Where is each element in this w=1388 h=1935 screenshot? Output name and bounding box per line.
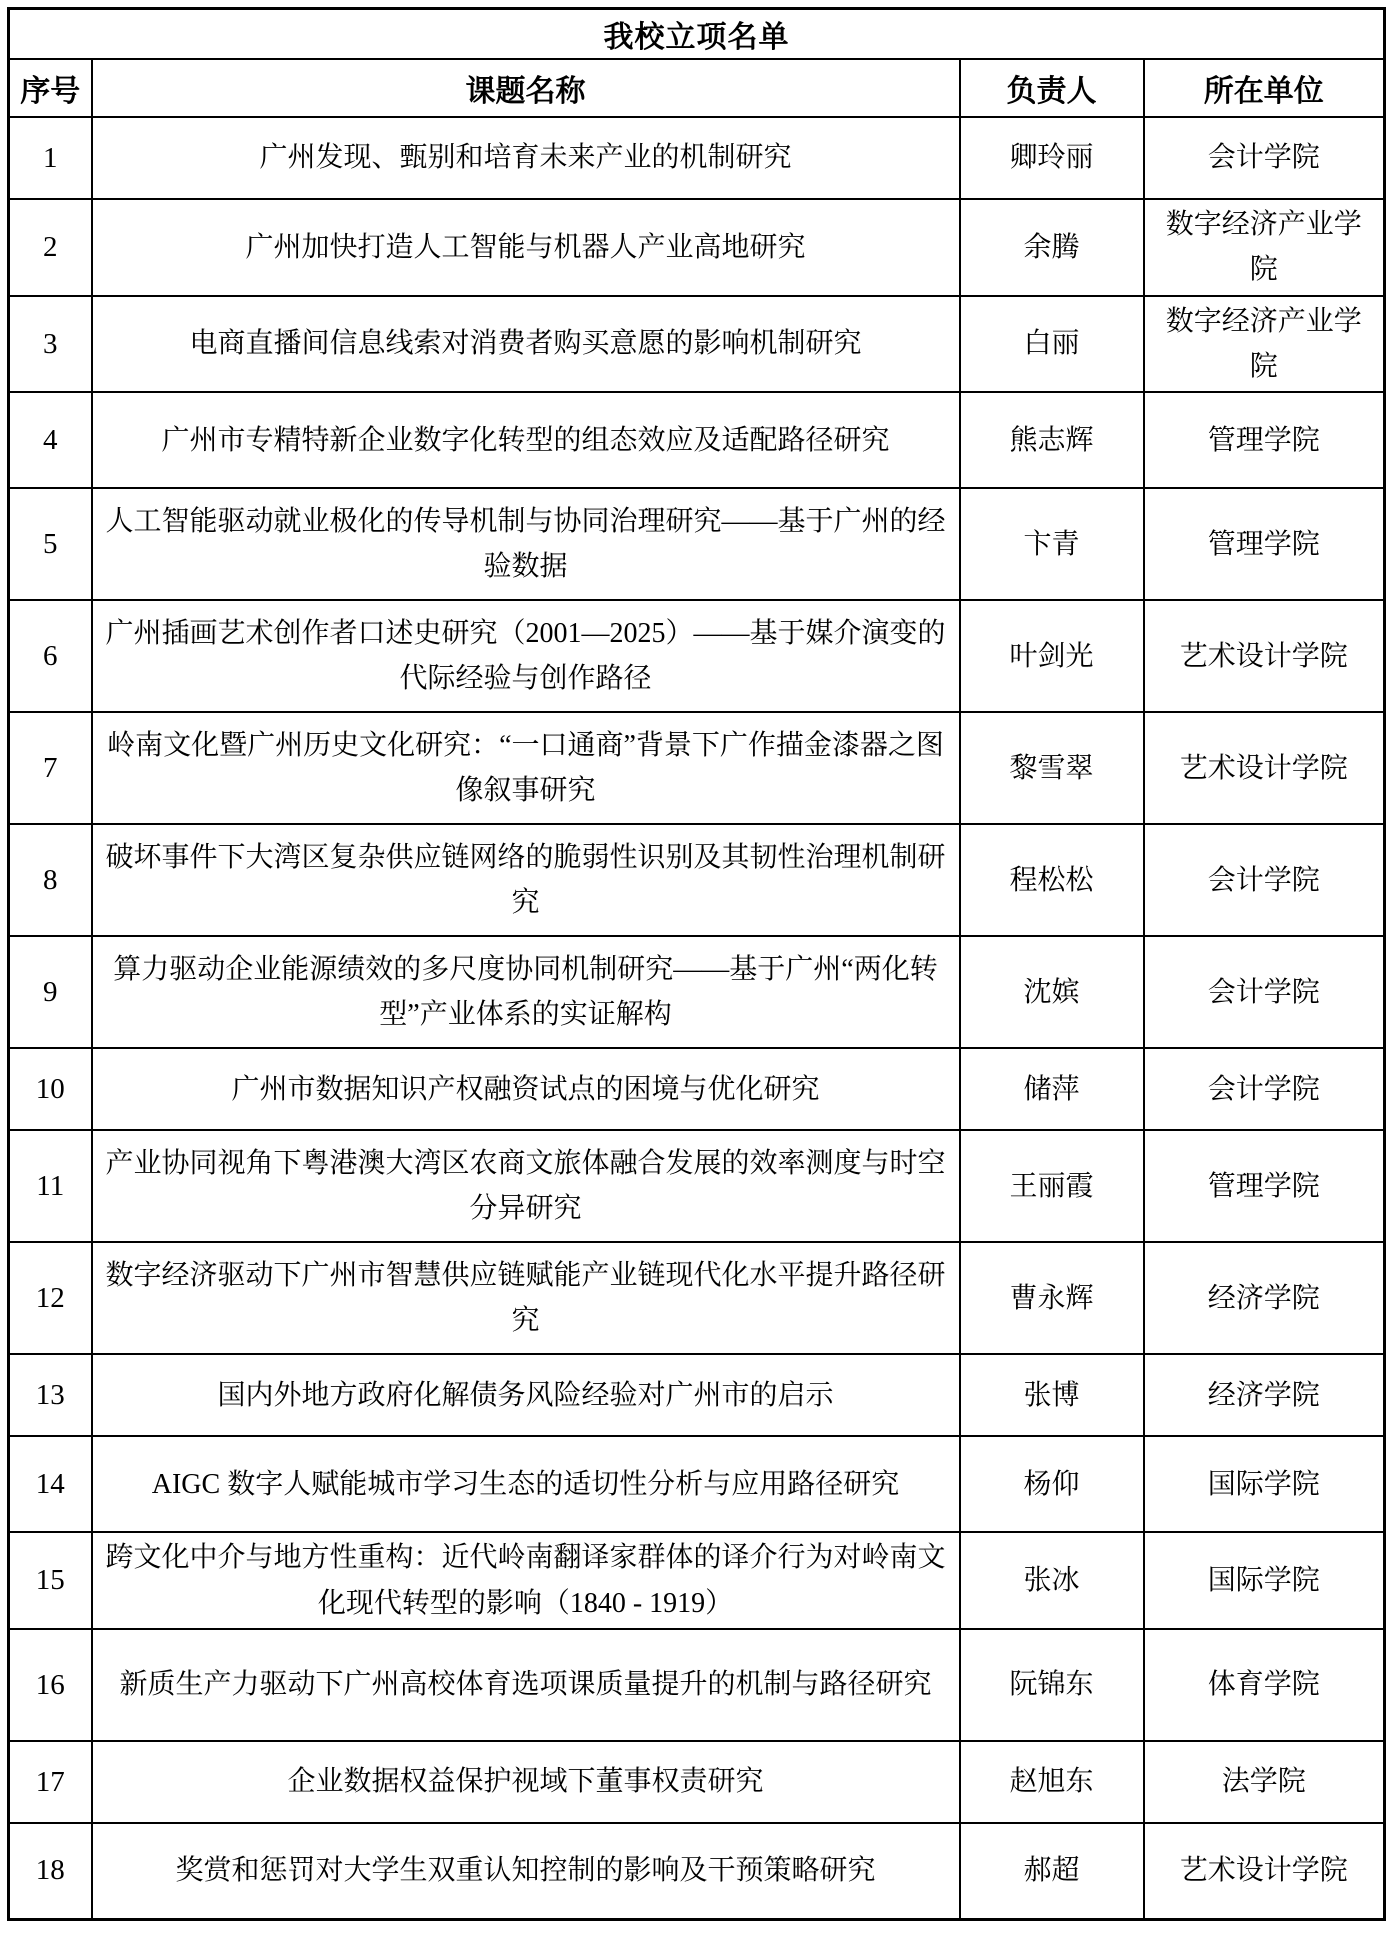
row-number-cell: 8 [9, 824, 92, 936]
project-table: 我校立项名单 序号 课题名称 负责人 所在单位 1 广州发现、甄别和培育未来产业… [7, 7, 1386, 1921]
topic-cell: 奖赏和惩罚对大学生双重认知控制的影响及干预策略研究 [92, 1823, 960, 1919]
table-row: 18 奖赏和惩罚对大学生双重认知控制的影响及干预策略研究 郝超 艺术设计学院 [9, 1823, 1385, 1919]
table-row: 6 广州插画艺术创作者口述史研究（2001—2025）——基于媒介演变的代际经验… [9, 600, 1385, 712]
leader-cell: 黎雪翠 [960, 712, 1144, 824]
topic-cell: 广州插画艺术创作者口述史研究（2001—2025）——基于媒介演变的代际经验与创… [92, 600, 960, 712]
table-title-row: 我校立项名单 [9, 9, 1385, 60]
table-row: 14 AIGC 数字人赋能城市学习生态的适切性分析与应用路径研究 杨仰 国际学院 [9, 1436, 1385, 1532]
unit-cell: 管理学院 [1144, 1130, 1385, 1242]
row-number-cell: 15 [9, 1532, 92, 1629]
topic-cell: 广州发现、甄别和培育未来产业的机制研究 [92, 117, 960, 199]
unit-cell: 艺术设计学院 [1144, 600, 1385, 712]
unit-cell: 体育学院 [1144, 1629, 1385, 1741]
leader-cell: 杨仰 [960, 1436, 1144, 1532]
topic-cell: 破坏事件下大湾区复杂供应链网络的脆弱性识别及其韧性治理机制研究 [92, 824, 960, 936]
unit-cell: 会计学院 [1144, 824, 1385, 936]
unit-cell: 会计学院 [1144, 1048, 1385, 1130]
leader-cell: 张博 [960, 1354, 1144, 1436]
leader-cell: 熊志辉 [960, 392, 1144, 488]
column-header-index: 序号 [9, 59, 92, 117]
row-number-cell: 1 [9, 117, 92, 199]
leader-cell: 王丽霞 [960, 1130, 1144, 1242]
table-row: 7 岭南文化暨广州历史文化研究：“一口通商”背景下广作描金漆器之图像叙事研究 黎… [9, 712, 1385, 824]
table-row: 11 产业协同视角下粤港澳大湾区农商文旅体融合发展的效率测度与时空分异研究 王丽… [9, 1130, 1385, 1242]
unit-cell: 管理学院 [1144, 488, 1385, 600]
table-row: 17 企业数据权益保护视域下董事权责研究 赵旭东 法学院 [9, 1741, 1385, 1823]
row-number-cell: 14 [9, 1436, 92, 1532]
table-row: 13 国内外地方政府化解债务风险经验对广州市的启示 张博 经济学院 [9, 1354, 1385, 1436]
topic-cell: 企业数据权益保护视域下董事权责研究 [92, 1741, 960, 1823]
leader-cell: 叶剑光 [960, 600, 1144, 712]
leader-cell: 张冰 [960, 1532, 1144, 1629]
leader-cell: 郝超 [960, 1823, 1144, 1919]
table-row: 16 新质生产力驱动下广州高校体育选项课质量提升的机制与路径研究 阮锦东 体育学… [9, 1629, 1385, 1741]
leader-cell: 卿玲丽 [960, 117, 1144, 199]
row-number-cell: 18 [9, 1823, 92, 1919]
unit-cell: 经济学院 [1144, 1242, 1385, 1354]
unit-cell: 国际学院 [1144, 1532, 1385, 1629]
leader-cell: 沈嫔 [960, 936, 1144, 1048]
table-row: 5 人工智能驱动就业极化的传导机制与协同治理研究——基于广州的经验数据 卞青 管… [9, 488, 1385, 600]
unit-cell: 数字经济产业学院 [1144, 296, 1385, 393]
column-header-unit: 所在单位 [1144, 59, 1385, 117]
leader-cell: 程松松 [960, 824, 1144, 936]
row-number-cell: 4 [9, 392, 92, 488]
topic-cell: 广州加快打造人工智能与机器人产业高地研究 [92, 199, 960, 296]
column-header-topic: 课题名称 [92, 59, 960, 117]
row-number-cell: 9 [9, 936, 92, 1048]
table-row: 12 数字经济驱动下广州市智慧供应链赋能产业链现代化水平提升路径研究 曹永辉 经… [9, 1242, 1385, 1354]
table-row: 4 广州市专精特新企业数字化转型的组态效应及适配路径研究 熊志辉 管理学院 [9, 392, 1385, 488]
column-header-leader: 负责人 [960, 59, 1144, 117]
row-number-cell: 16 [9, 1629, 92, 1741]
row-number-cell: 13 [9, 1354, 92, 1436]
unit-cell: 会计学院 [1144, 936, 1385, 1048]
row-number-cell: 6 [9, 600, 92, 712]
row-number-cell: 5 [9, 488, 92, 600]
table-row: 10 广州市数据知识产权融资试点的困境与优化研究 储萍 会计学院 [9, 1048, 1385, 1130]
leader-cell: 余腾 [960, 199, 1144, 296]
topic-cell: AIGC 数字人赋能城市学习生态的适切性分析与应用路径研究 [92, 1436, 960, 1532]
unit-cell: 数字经济产业学院 [1144, 199, 1385, 296]
topic-cell: 国内外地方政府化解债务风险经验对广州市的启示 [92, 1354, 960, 1436]
topic-cell: 跨文化中介与地方性重构：近代岭南翻译家群体的译介行为对岭南文化现代转型的影响（1… [92, 1532, 960, 1629]
table-row: 1 广州发现、甄别和培育未来产业的机制研究 卿玲丽 会计学院 [9, 117, 1385, 199]
row-number-cell: 3 [9, 296, 92, 393]
unit-cell: 经济学院 [1144, 1354, 1385, 1436]
table-row: 8 破坏事件下大湾区复杂供应链网络的脆弱性识别及其韧性治理机制研究 程松松 会计… [9, 824, 1385, 936]
unit-cell: 法学院 [1144, 1741, 1385, 1823]
table-row: 15 跨文化中介与地方性重构：近代岭南翻译家群体的译介行为对岭南文化现代转型的影… [9, 1532, 1385, 1629]
row-number-cell: 2 [9, 199, 92, 296]
unit-cell: 艺术设计学院 [1144, 1823, 1385, 1919]
leader-cell: 卞青 [960, 488, 1144, 600]
leader-cell: 赵旭东 [960, 1741, 1144, 1823]
document-page: 我校立项名单 序号 课题名称 负责人 所在单位 1 广州发现、甄别和培育未来产业… [0, 0, 1388, 1935]
row-number-cell: 12 [9, 1242, 92, 1354]
table-body: 1 广州发现、甄别和培育未来产业的机制研究 卿玲丽 会计学院 2 广州加快打造人… [9, 117, 1385, 1919]
topic-cell: 产业协同视角下粤港澳大湾区农商文旅体融合发展的效率测度与时空分异研究 [92, 1130, 960, 1242]
row-number-cell: 11 [9, 1130, 92, 1242]
leader-cell: 阮锦东 [960, 1629, 1144, 1741]
unit-cell: 管理学院 [1144, 392, 1385, 488]
row-number-cell: 7 [9, 712, 92, 824]
unit-cell: 会计学院 [1144, 117, 1385, 199]
leader-cell: 储萍 [960, 1048, 1144, 1130]
table-row: 9 算力驱动企业能源绩效的多尺度协同机制研究——基于广州“两化转型”产业体系的实… [9, 936, 1385, 1048]
unit-cell: 艺术设计学院 [1144, 712, 1385, 824]
row-number-cell: 10 [9, 1048, 92, 1130]
table-header-row: 序号 课题名称 负责人 所在单位 [9, 59, 1385, 117]
topic-cell: 数字经济驱动下广州市智慧供应链赋能产业链现代化水平提升路径研究 [92, 1242, 960, 1354]
topic-cell: 广州市数据知识产权融资试点的困境与优化研究 [92, 1048, 960, 1130]
leader-cell: 曹永辉 [960, 1242, 1144, 1354]
table-row: 2 广州加快打造人工智能与机器人产业高地研究 余腾 数字经济产业学院 [9, 199, 1385, 296]
topic-cell: 广州市专精特新企业数字化转型的组态效应及适配路径研究 [92, 392, 960, 488]
topic-cell: 电商直播间信息线索对消费者购买意愿的影响机制研究 [92, 296, 960, 393]
unit-cell: 国际学院 [1144, 1436, 1385, 1532]
topic-cell: 算力驱动企业能源绩效的多尺度协同机制研究——基于广州“两化转型”产业体系的实证解… [92, 936, 960, 1048]
leader-cell: 白丽 [960, 296, 1144, 393]
topic-cell: 人工智能驱动就业极化的传导机制与协同治理研究——基于广州的经验数据 [92, 488, 960, 600]
topic-cell: 新质生产力驱动下广州高校体育选项课质量提升的机制与路径研究 [92, 1629, 960, 1741]
table-title: 我校立项名单 [9, 9, 1385, 60]
table-row: 3 电商直播间信息线索对消费者购买意愿的影响机制研究 白丽 数字经济产业学院 [9, 296, 1385, 393]
row-number-cell: 17 [9, 1741, 92, 1823]
topic-cell: 岭南文化暨广州历史文化研究：“一口通商”背景下广作描金漆器之图像叙事研究 [92, 712, 960, 824]
